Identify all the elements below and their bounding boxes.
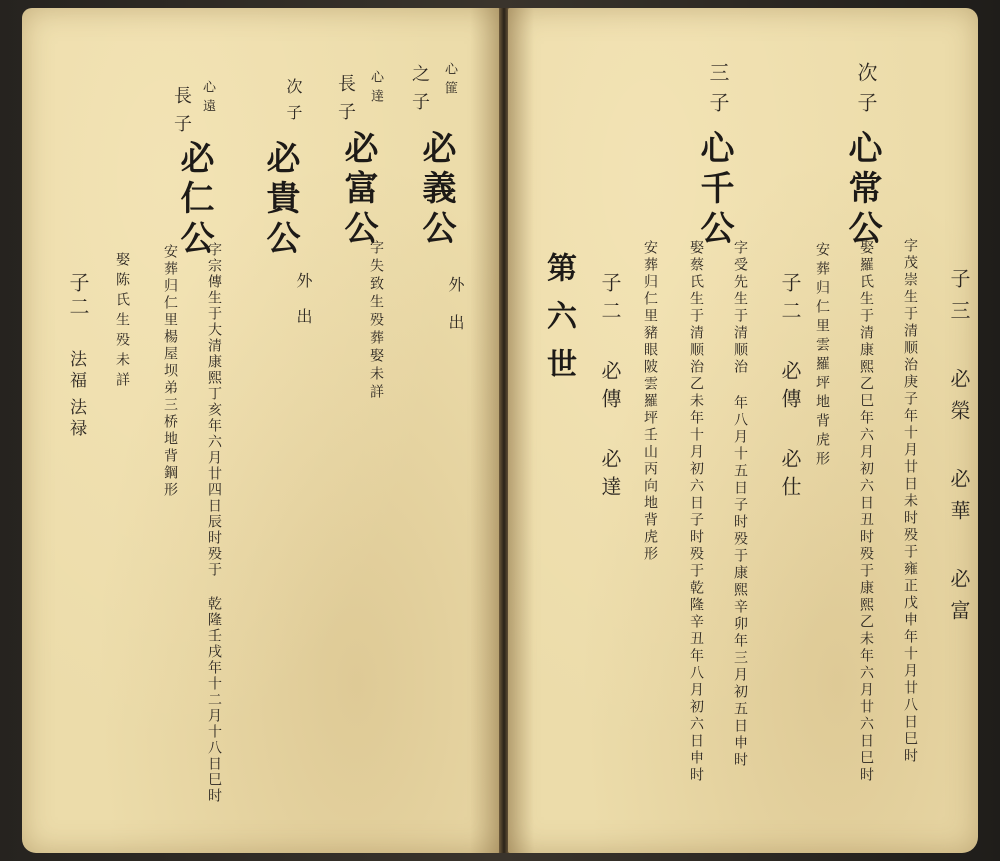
spouse-record: 娶蔡氏生于清顺治乙未年十月初六日子时殁于乾隆辛丑年八月初六日申时	[686, 240, 706, 784]
relation-label: 長子	[168, 86, 194, 142]
relation-label: 三子	[704, 62, 733, 122]
person-name: 必貴公	[256, 140, 305, 260]
person-note: 外出	[292, 272, 315, 344]
child-name: 法禄	[64, 398, 89, 440]
person-name: 必富公	[334, 130, 383, 250]
father-name: 心遠	[198, 80, 217, 118]
children-record: 子二 必傳 必仕	[776, 272, 805, 504]
child-name: 法福	[64, 350, 89, 392]
relation-label: 次子	[852, 62, 881, 122]
person-bio: 字茂崇生于清顺治庚子年十月廿日未时殁于雍正戊申年十月廿八日巳时	[900, 238, 920, 765]
father-name: 心達	[366, 70, 385, 108]
person-name: 心常公	[838, 130, 887, 250]
person-name: 必義公	[412, 130, 461, 250]
children-record: 子二 必傳 必達	[596, 272, 625, 504]
generation-label: 第六世	[536, 252, 580, 396]
father-name: 心篚	[440, 62, 459, 100]
person-bio: 字宗傳生于大清康熙丁亥年六月廿四日辰时殁于 乾隆壬戌年十二月十八日巳时	[204, 242, 224, 804]
spouse-record: 娶陈氏生殁未詳	[112, 252, 132, 392]
burial-record: 安葬归仁里楊屋坝弟三桥地背鋼形	[160, 244, 180, 499]
children-label: 子二	[64, 272, 93, 320]
relation-label: 次子	[282, 78, 305, 130]
children-record: 子三 必榮 必華 必富	[945, 268, 974, 632]
burial-record: 安葬归仁里豬眼陂雲羅坪壬山丙向地背虎形	[640, 240, 660, 563]
book-spread: 次子 心常公 字茂崇生于清顺治庚子年十月廿日未时殁于雍正戊申年十月廿八日巳时 娶…	[0, 0, 1000, 861]
relation-label: 長子	[332, 74, 358, 130]
spouse-record: 娶羅氏生于清康熙乙巳年六月初六日丑时殁于康熙乙未年六月廿六日巳时	[856, 240, 876, 784]
person-note: 外出	[444, 276, 467, 352]
burial-record: 安葬归仁里雲羅坪地背虎形	[812, 242, 832, 470]
relation-label: 之子	[406, 64, 432, 120]
person-bio: 字受先生于清顺治 年八月十五日子时殁于康熙辛卯年三月初五日申时	[730, 240, 750, 769]
person-name: 心千公	[690, 130, 739, 250]
person-bio: 字失致生殁葬娶未詳	[366, 240, 386, 402]
